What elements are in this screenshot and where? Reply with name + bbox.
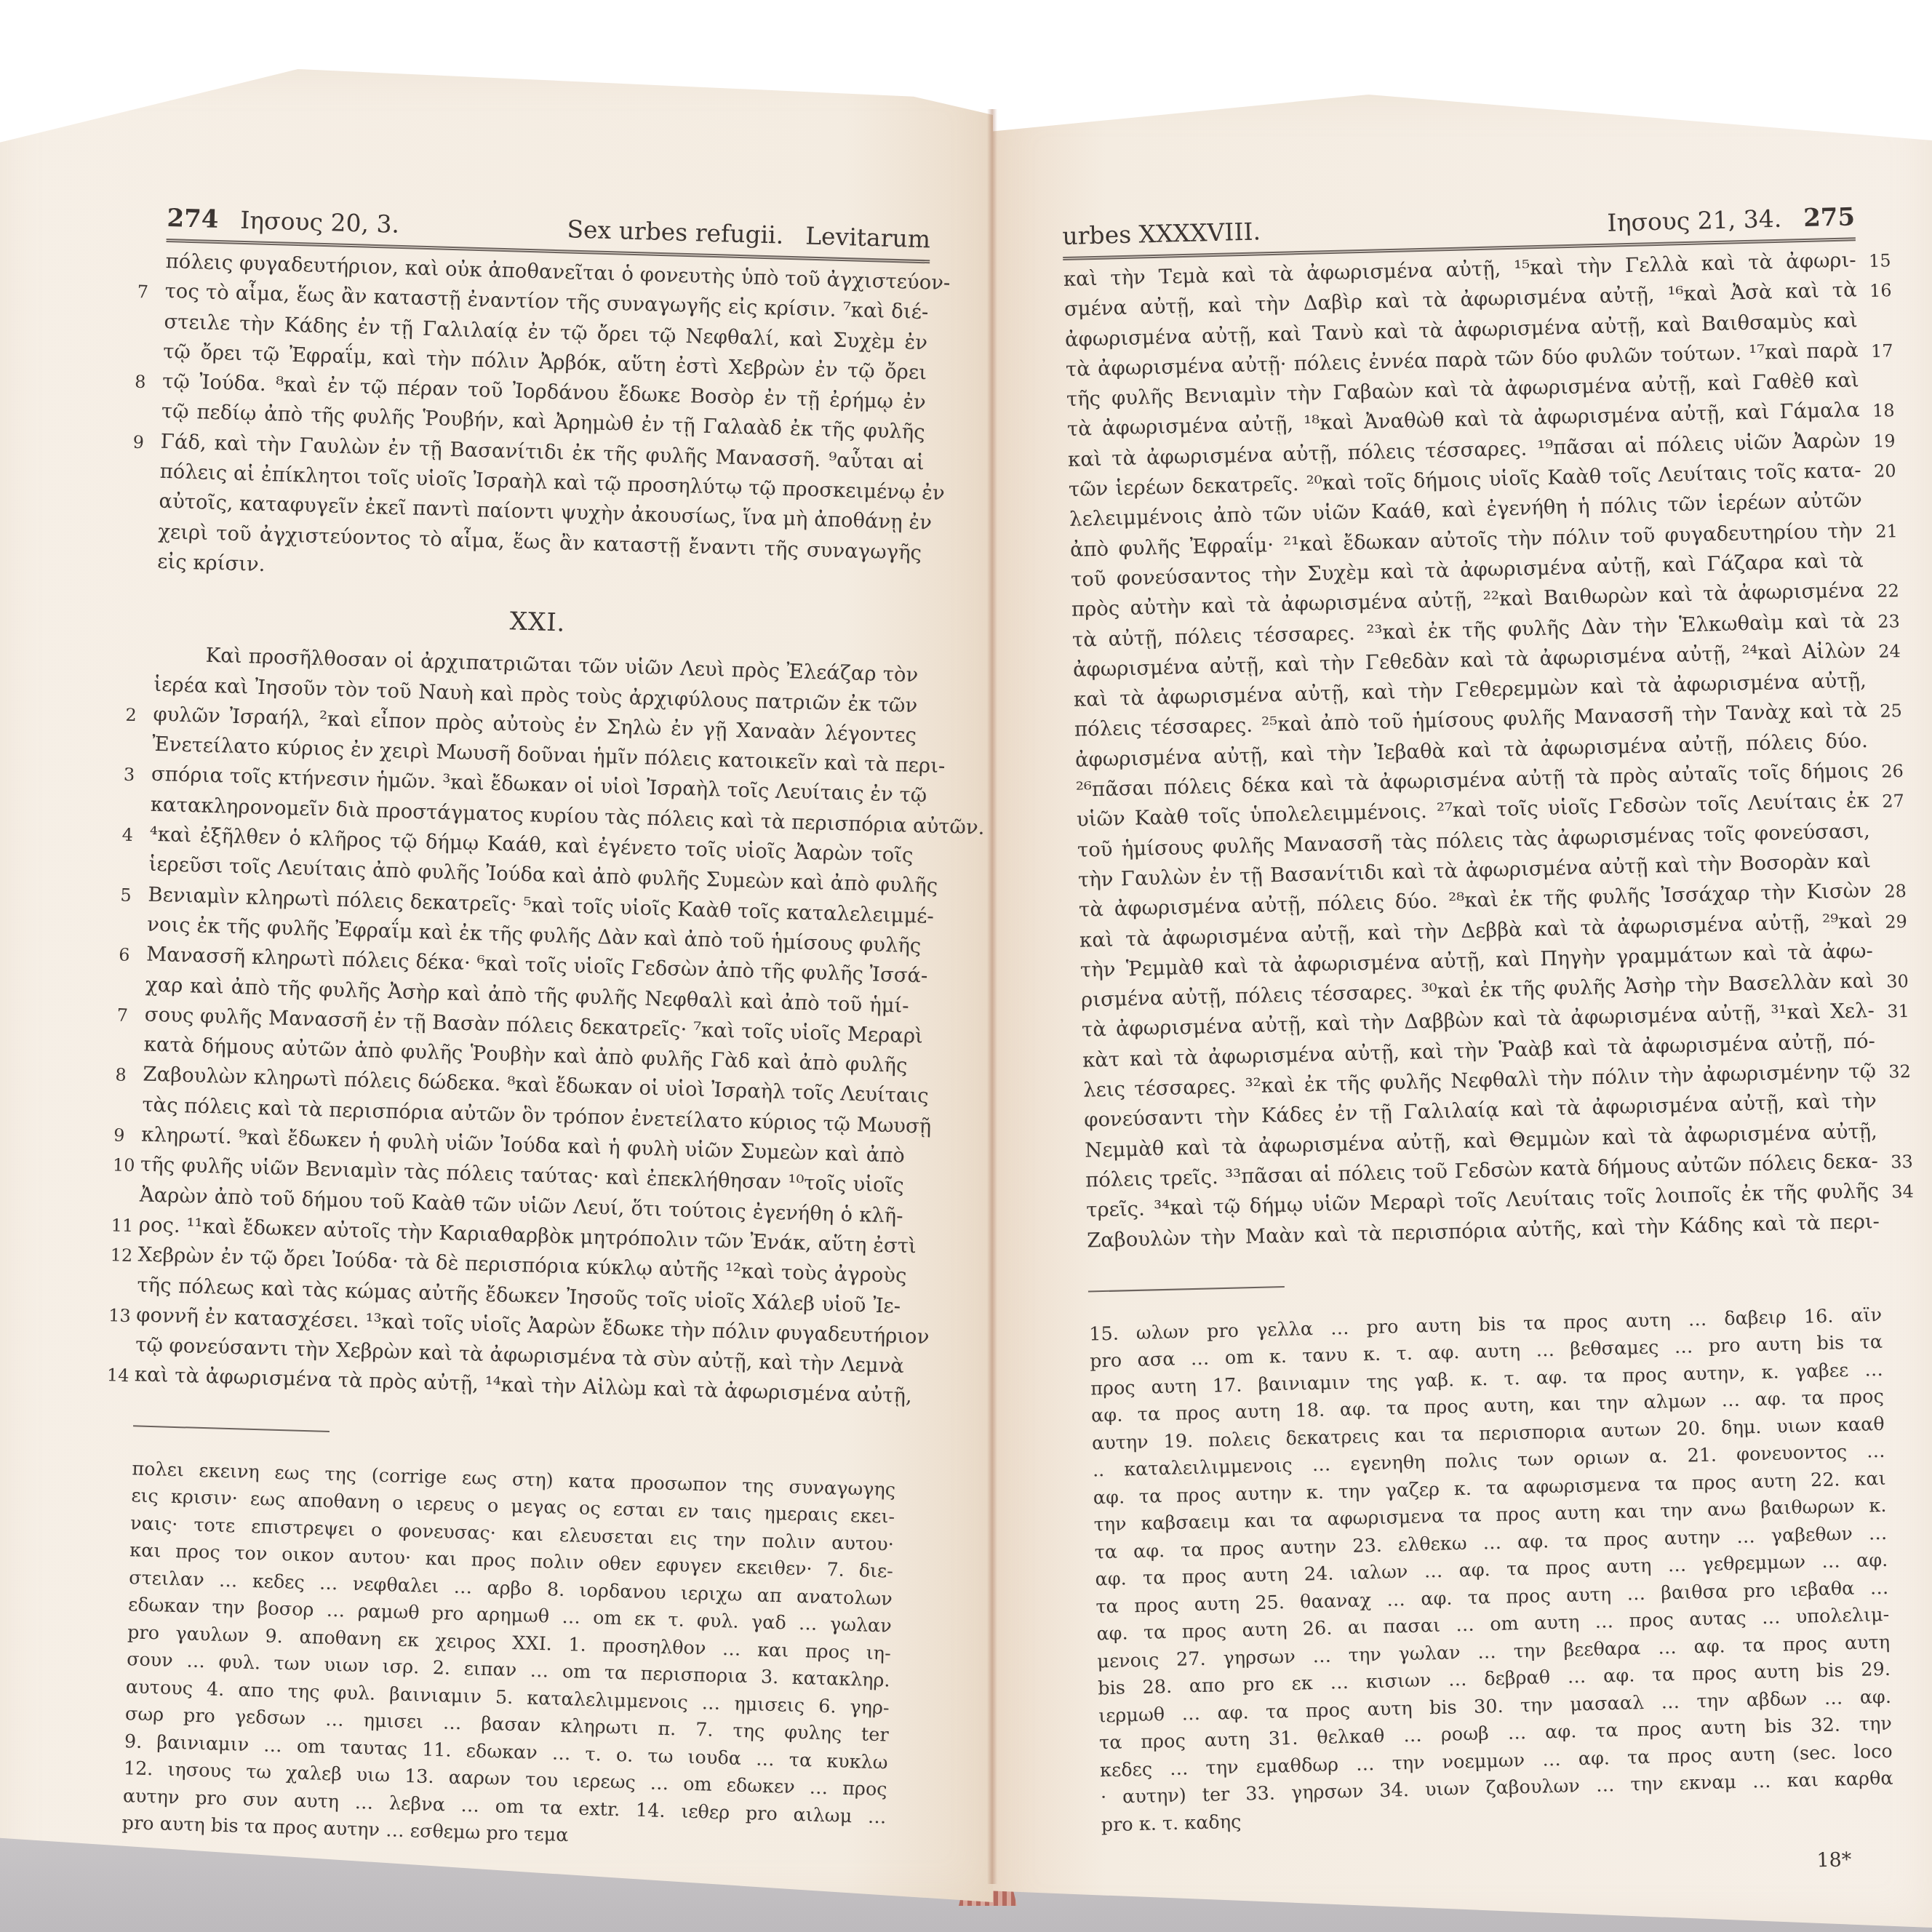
main-text: καὶ τὴν Τεμὰ καὶ τὰ ἀφωρισμένα αὐτῇ, ¹⁵κ… — [1063, 245, 1880, 1256]
apparatus-notes: πολει εκεινη εως της (corrige εως στη) κ… — [121, 1456, 895, 1859]
verse-margin-number: 7 — [137, 277, 148, 308]
verse-margin-number: 9 — [132, 428, 144, 458]
verse-margin-number: 25 — [1880, 696, 1903, 727]
verse-margin-number: 27 — [1882, 786, 1905, 817]
verse-margin-number: 32 — [1888, 1057, 1912, 1087]
verse-margin-number: 16 — [1869, 276, 1893, 306]
page-number: 275 — [1803, 202, 1856, 233]
verse-margin-number: 33 — [1891, 1147, 1914, 1178]
chapter-heading: XXI. — [156, 597, 920, 647]
chapter-reference: Ιησους 21, 34. — [1607, 204, 1782, 237]
main-text: πόλεις φυγαδευτήριον, καὶ οὐκ ἀποθανεῖτα… — [157, 247, 930, 598]
verse-margin-number: 19 — [1873, 426, 1896, 457]
apparatus-notes: 15. ωλων pro γελλα … pro αυτη bis τα προ… — [1089, 1302, 1894, 1840]
footnote-divider — [1088, 1286, 1285, 1293]
running-title: Sex urbes refugii. — [567, 215, 784, 249]
verse-margin-number: 2 — [125, 700, 137, 731]
chapter-text: Καὶ προσῆλθοσαν οἱ ἀρχιπατριῶται τῶν υἱῶ… — [134, 639, 918, 1411]
verse-margin-number: 26 — [1881, 757, 1904, 787]
verse-margin-number: 30 — [1886, 967, 1909, 997]
verse-margin-number: 12 — [110, 1241, 133, 1272]
verse-margin-number: 15 — [1869, 246, 1892, 276]
verse-margin-number: 5 — [120, 880, 132, 911]
line-text: εἰς κρίσιν. — [157, 550, 266, 576]
verse-margin-number: 8 — [135, 367, 146, 398]
verse-margin-number: 20 — [1874, 456, 1897, 487]
verse-margin-number: 31 — [1887, 997, 1910, 1027]
footnote-divider — [133, 1425, 330, 1432]
verse-margin-number: 34 — [1891, 1177, 1915, 1207]
verse-margin-number: 4 — [121, 821, 133, 851]
chapter-reference: Ιησους 20, 3. — [240, 206, 400, 239]
verse-margin-number: 8 — [115, 1061, 127, 1091]
verse-margin-number: 29 — [1885, 906, 1908, 937]
verse-margin-number: 11 — [111, 1210, 134, 1241]
verse-margin-number: 13 — [108, 1301, 132, 1331]
verse-margin-number: 22 — [1877, 576, 1900, 607]
book-gutter — [987, 109, 997, 1884]
verse-margin-number: 9 — [113, 1120, 125, 1151]
verse-margin-number: 3 — [123, 760, 135, 791]
running-title-continued: urbes XXXXVIII. — [1062, 217, 1261, 250]
verse-margin-number: 14 — [106, 1361, 129, 1392]
verse-margin-number: 28 — [1884, 877, 1907, 907]
right-text-block: urbes XXXXVIII. Ιησους 21, 34. 275 καὶ τ… — [1062, 202, 1896, 1889]
verse-margin-number: 23 — [1877, 607, 1901, 637]
verse-margin-number: 18 — [1872, 396, 1896, 427]
right-page: urbes XXXXVIII. Ιησους 21, 34. 275 καὶ τ… — [993, 95, 1932, 1928]
running-title-continued: Levitarum — [805, 222, 931, 254]
verse-margin-number: 7 — [116, 1000, 128, 1031]
verse-margin-number: 24 — [1878, 636, 1901, 667]
verse-margin-number: 21 — [1875, 516, 1899, 547]
verse-margin-number: 10 — [112, 1151, 135, 1181]
left-page: 274 Ιησους 20, 3. Sex urbes refugii. Lev… — [0, 69, 993, 1902]
left-text-block: 274 Ιησους 20, 3. Sex urbes refugii. Lev… — [121, 204, 930, 1859]
verse-margin-number: 17 — [1871, 336, 1894, 367]
signature-mark: 18* — [1102, 1848, 1895, 1890]
page-number: 274 — [167, 204, 219, 234]
verse-margin-number: 6 — [119, 941, 130, 971]
